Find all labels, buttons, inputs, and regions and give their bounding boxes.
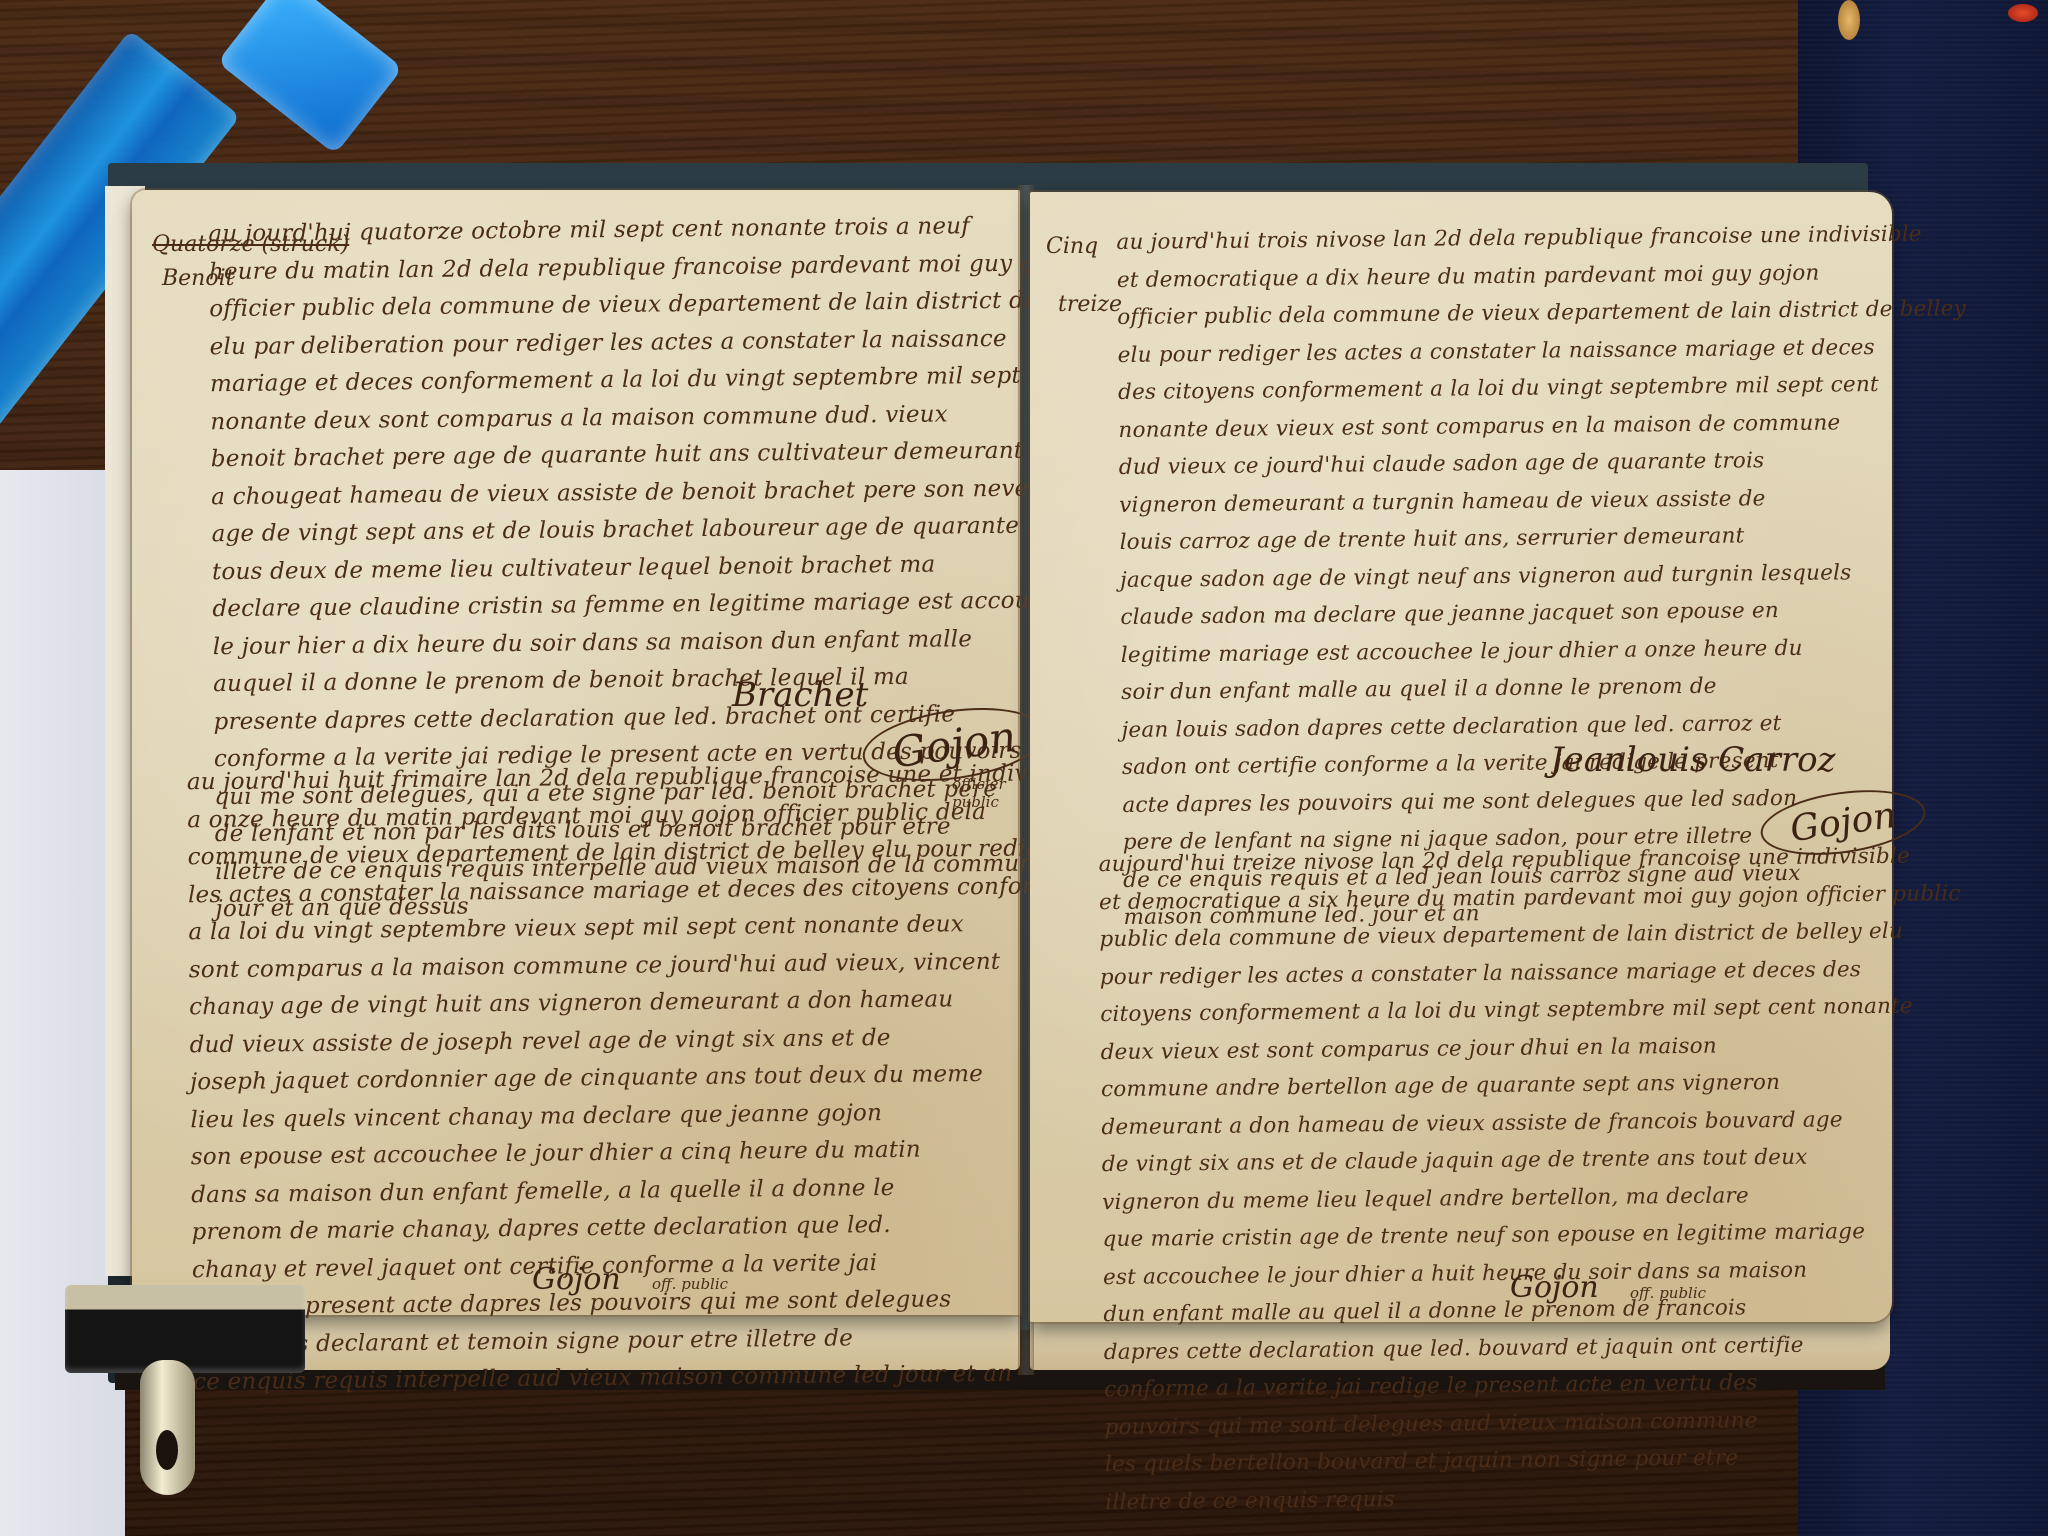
binder-clip-handle — [140, 1360, 195, 1495]
signature-title: off. public — [652, 1275, 728, 1293]
embroidered-flower-icon — [2008, 4, 2038, 22]
signature-gojon: Gojon — [532, 1262, 621, 1297]
signature-gojon: Gojon — [1510, 1270, 1599, 1305]
embroidered-flower-icon — [1838, 0, 1860, 40]
register-entry: aujourd'hui treize nivose lan 2d dela re… — [1098, 838, 1885, 1521]
signature-title: off. public — [1630, 1284, 1706, 1302]
entry-line: legitime mariage est accouchee le jour d… — [1121, 629, 1881, 674]
left-page: Quatorze (struck) Benoit au jourd'hui qu… — [132, 190, 1020, 1315]
signature-carroz: Jeanlouis Carroz — [1550, 740, 1835, 780]
binder-clip-hole — [156, 1430, 178, 1470]
margin-note: treize — [1058, 292, 1122, 317]
right-page: Cinq treize au jourd'hui trois nivose la… — [1030, 192, 1892, 1322]
signature-brachet: Brachet — [732, 675, 868, 715]
entry-line: vigneron demeurant a turgnin hameau de v… — [1119, 479, 1879, 524]
metal-binder-clip — [65, 1285, 305, 1373]
entry-line: nonante deux vieux est sont comparus en … — [1118, 404, 1878, 449]
register-entry: au jourd'hui huit frimaire lan 2d dela r… — [187, 756, 1014, 1402]
margin-note: Cinq — [1046, 234, 1098, 259]
